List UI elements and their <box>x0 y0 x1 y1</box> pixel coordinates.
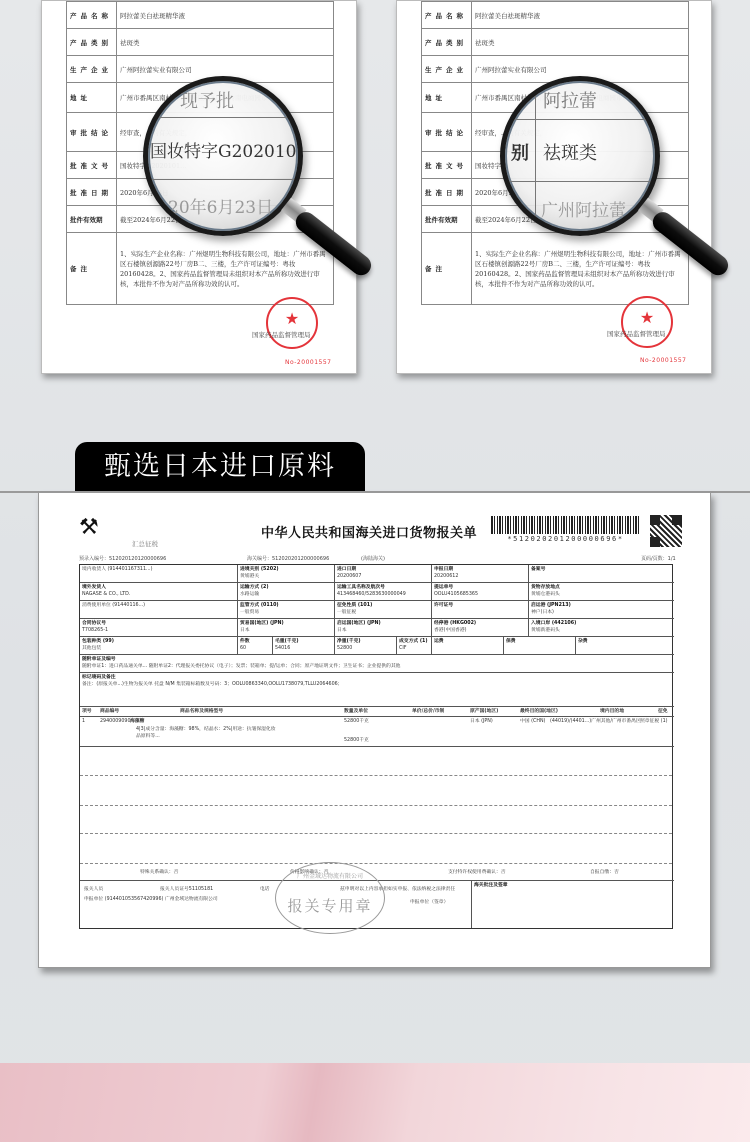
magnified-text: 现予批 <box>180 87 234 113</box>
form-cell: 许可证号 <box>432 601 529 619</box>
magnified-text: 广州阿拉蕾 <box>541 196 626 221</box>
customs-number: 海关编号：512020201200000696 <box>247 555 329 562</box>
barcode-icon <box>491 516 640 534</box>
magnified-text: 20年6月23日 <box>168 193 273 218</box>
qr-code-icon <box>650 515 682 547</box>
row-value: 1、实际生产企业名称：广州煜明生物科技有限公司，地址：广州市番禺区石楼镇创源路2… <box>472 233 689 305</box>
row-label: 产品名称 <box>67 2 117 29</box>
customs-office: (海陆海关) <box>361 555 385 562</box>
form-cell: 包装种类 (99)其他包装 <box>80 637 238 655</box>
row-label: 审批结论 <box>422 113 472 152</box>
row-label: 批件有效期 <box>67 206 117 233</box>
form-cell: 毛重(千克)54016 <box>273 637 335 655</box>
seal-authority: 国家药品监督管理局 <box>252 330 311 339</box>
form-cell: 启运国(地区) (JPN)日本 <box>335 619 432 637</box>
row-label: 产品类别 <box>67 29 117 56</box>
magnified-text: 祛斑类 <box>543 139 597 165</box>
declaration-title: 中华人民共和国海关进口货物报关单 <box>261 522 477 541</box>
barcode-number: *512020201200000696* <box>491 535 640 543</box>
form-cell: 件数60 <box>238 637 273 655</box>
form-cell: 货物存放地点黄埔仓港码头 <box>529 583 674 601</box>
row-label: 备注 <box>67 233 117 305</box>
pre-entry-number: 预录入编号：512020120120000696 <box>79 555 166 562</box>
goods-header-row: 项号 商品编号 商品名称及规格型号 数量及单位 单价/总价/币制 原产国(地区)… <box>80 707 674 717</box>
row-value: 祛斑类 <box>117 29 334 56</box>
row-label: 地址 <box>67 83 117 113</box>
magnifying-lens: 现予批 国妆特字G2020101 20年6月23日 <box>143 76 303 236</box>
row-value: 阿拉蕾美白祛斑精华液 <box>117 2 334 29</box>
star-icon: ★ <box>623 310 671 326</box>
magnified-text: 国妆特字G2020101 <box>150 137 303 162</box>
row-label: 批准文号 <box>67 152 117 179</box>
form-cell: 监管方式 (0110)一般贸易 <box>238 601 335 619</box>
form-cell: 杂费 <box>576 637 674 655</box>
row-value: 祛斑类 <box>472 29 689 56</box>
customs-emblem-icon: ⚒ <box>79 515 99 540</box>
form-cell: 随附单证及编号随附单证1：进口药品通关单... 随附单证2：代理报关委托协议（电… <box>80 655 674 673</box>
seal-authority: 国家药品监督管理局 <box>607 329 666 338</box>
form-cell: 运输方式 (2)水路运输 <box>238 583 335 601</box>
official-seal: ★ <box>621 296 673 348</box>
row-label: 批准文号 <box>422 152 472 179</box>
form-cell: 启运港 (JPN213)神户(日本) <box>529 601 674 619</box>
seal-number: No-20001557 <box>640 357 686 364</box>
customs-broker-stamp: 广州金域达物流有限公司 报关专用章 <box>275 862 385 934</box>
row-label: 生产企业 <box>422 56 472 83</box>
seal-number: No-20001557 <box>285 359 331 366</box>
page-count: 页码/页数：1/1 <box>641 555 676 562</box>
form-cell: 净重(千克)52800 <box>335 637 397 655</box>
form-cell: 成交方式 (1)CIF <box>397 637 432 655</box>
row-label: 地址 <box>422 83 472 113</box>
row-label: 批件有效期 <box>422 206 472 233</box>
form-cell: 标记唛码及备注备注：(原报关单...)生物为报关单 托盘 N/M 集装箱标箱数及… <box>80 673 674 707</box>
form-cell: 提运单号OOLU4105685365 <box>432 583 529 601</box>
star-icon: ★ <box>268 311 316 327</box>
goods-row: 1 2940009090 海藻糖 4|3|成分含量：海藻糖：98%，结晶水：2%… <box>80 717 674 747</box>
official-seal: ★ <box>266 297 318 349</box>
customs-declaration: ⚒ 汇总征税 中华人民共和国海关进口货物报关单 *512020201200000… <box>38 492 711 968</box>
form-cell: 消费使用单位 (91440116...) <box>80 601 238 619</box>
form-cell: 申报日期20200612 <box>432 565 529 583</box>
form-cell: 境内收货人 (914401167311...) <box>80 565 238 583</box>
row-value: 1、实际生产企业名称：广州煜明生物科技有限公司，地址：广州市番禺区石楼镇创源路2… <box>117 233 334 305</box>
form-cell: 境外发货人NAGASE & CO., LTD. <box>80 583 238 601</box>
row-label: 批准日期 <box>67 179 117 206</box>
form-cell: 征免性质 (101)一般征税 <box>335 601 432 619</box>
row-label: 审批结论 <box>67 113 117 152</box>
form-cell: 备案号 <box>529 565 674 583</box>
form-cell: 经停港 (HKG002)香港(中国香港) <box>432 619 529 637</box>
row-label: 产品类别 <box>422 29 472 56</box>
form-cell: 进境关别 (5202)黄埔港关 <box>238 565 335 583</box>
form-cell: 保费 <box>504 637 576 655</box>
row-label: 备注 <box>422 233 472 305</box>
row-value: 阿拉蕾美白祛斑精华液 <box>472 2 689 29</box>
form-cell: 运输工具名称及航次号413468460/5283630000049 <box>335 583 432 601</box>
row-label: 生产企业 <box>67 56 117 83</box>
form-cell: 入境口岸 (442106)黄埔新港码头 <box>529 619 674 637</box>
pink-background-strip <box>0 1063 750 1142</box>
magnifying-lens: 阿拉蕾 别 祛斑类 广州阿拉蕾 <box>500 76 660 236</box>
magnified-text: 阿拉蕾 <box>543 87 597 113</box>
customs-remarks: 海关批注及签章 <box>472 881 674 928</box>
section-banner: 甄选日本进口原料 <box>75 442 365 492</box>
form-cell: 贸易国(地区) (JPN)日本 <box>238 619 335 637</box>
row-label: 产品名称 <box>422 2 472 29</box>
magnified-text: 别 <box>511 139 529 165</box>
form-cell: 运费 <box>432 637 504 655</box>
summary-tax-label: 汇总征税 <box>132 539 158 548</box>
form-cell: 进口日期20200607 <box>335 565 432 583</box>
row-label: 批准日期 <box>422 179 472 206</box>
form-cell: 合同协议号T708265-1 <box>80 619 238 637</box>
